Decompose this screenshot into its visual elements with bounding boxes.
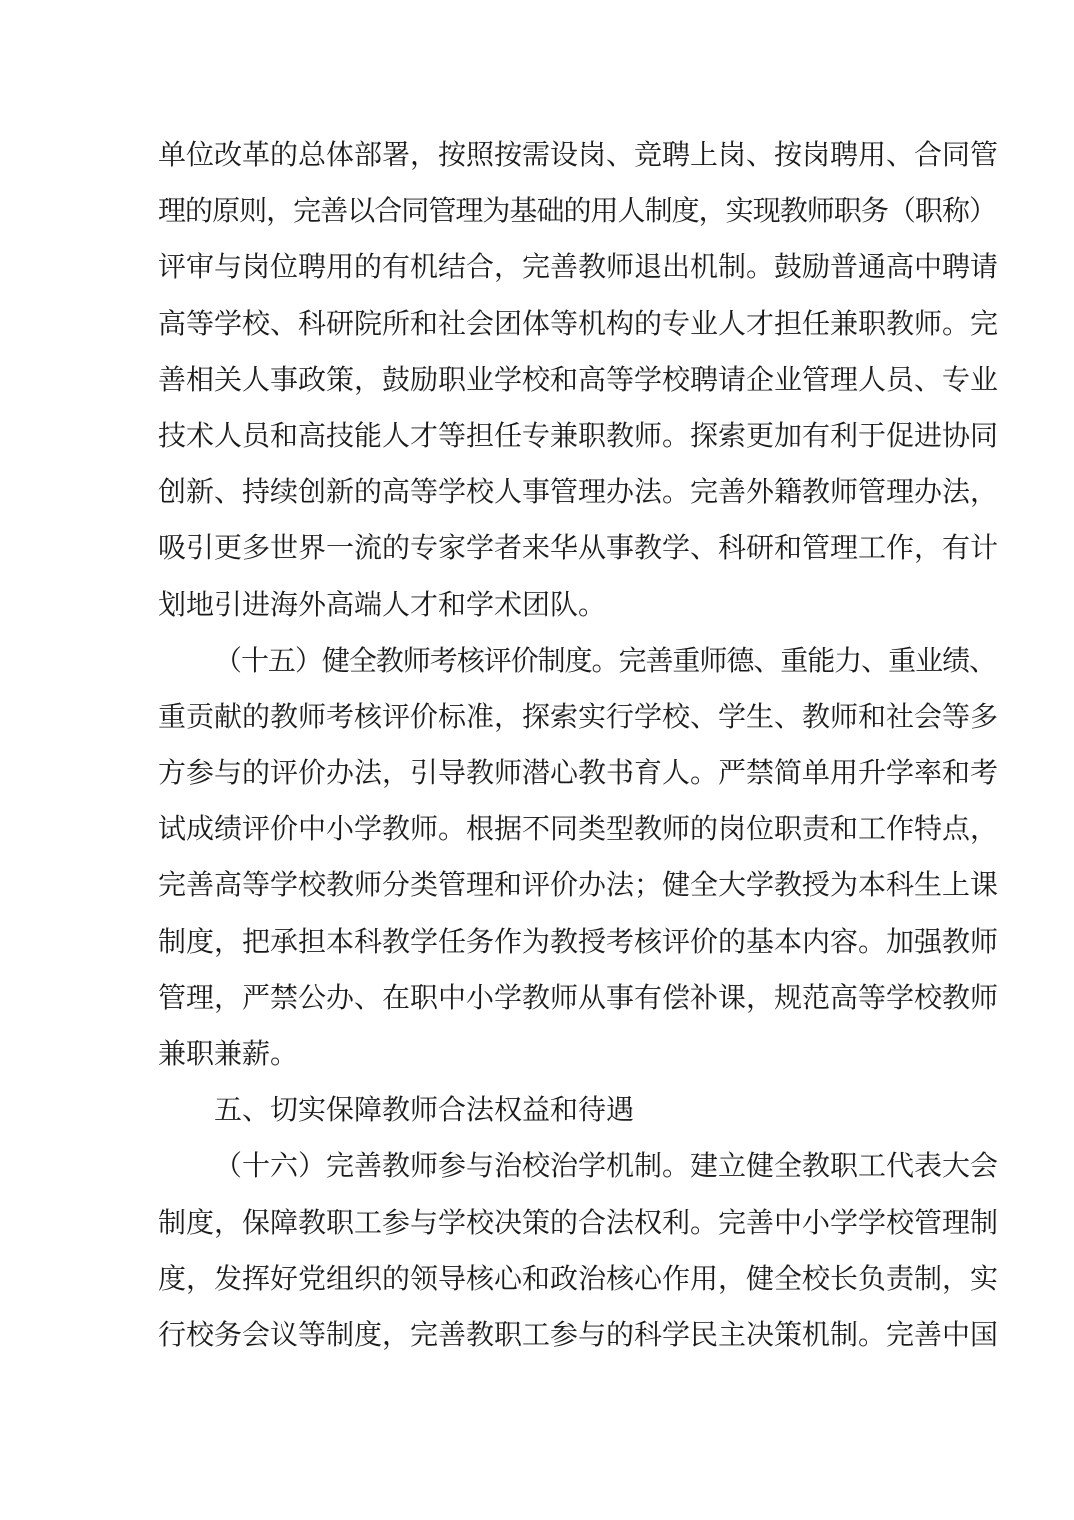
paragraph: 单位改革的总体部署，按照按需设岗、竞聘上岗、按岗聘用、合同管理的原则，完善以合同…	[158, 128, 998, 634]
text-line: 管理，严禁公办、在职中小学教师从事有偿补课，规范高等学校教师	[158, 971, 998, 1027]
text-line: 善相关人事政策，鼓励职业学校和高等学校聘请企业管理人员、专业	[158, 353, 998, 409]
text-line: 吸引更多世界一流的专家学者来华从事教学、科研和管理工作，有计	[158, 521, 998, 577]
document-page: 单位改革的总体部署，按照按需设岗、竞聘上岗、按岗聘用、合同管理的原则，完善以合同…	[0, 0, 1074, 1520]
paragraph: （十六）完善教师参与治校治学机制。建立健全教职工代表大会制度，保障教职工参与学校…	[158, 1139, 998, 1364]
text-line: 制度，保障教职工参与学校决策的合法权利。完善中小学学校管理制	[158, 1196, 998, 1252]
text-line: 试成绩评价中小学教师。根据不同类型教师的岗位职责和工作特点，	[158, 802, 998, 858]
text-line: 五、切实保障教师合法权益和待遇	[158, 1083, 998, 1139]
text-line: 创新、持续创新的高等学校人事管理办法。完善外籍教师管理办法，	[158, 465, 998, 521]
text-line: 重贡献的教师考核评价标准，探索实行学校、学生、教师和社会等多	[158, 690, 998, 746]
text-line: （十五）健全教师考核评价制度。完善重师德、重能力、重业绩、	[158, 634, 998, 690]
text-line: 方参与的评价办法，引导教师潜心教书育人。严禁简单用升学率和考	[158, 746, 998, 802]
text-line: 高等学校、科研院所和社会团体等机构的专业人才担任兼职教师。完	[158, 297, 998, 353]
section-heading: 五、切实保障教师合法权益和待遇	[158, 1083, 998, 1139]
text-line: 完善高等学校教师分类管理和评价办法；健全大学教授为本科生上课	[158, 858, 998, 914]
text-line: 理的原则，完善以合同管理为基础的用人制度，实现教师职务（职称）	[158, 184, 998, 240]
document-text-block: 单位改革的总体部署，按照按需设岗、竞聘上岗、按岗聘用、合同管理的原则，完善以合同…	[158, 128, 998, 1364]
paragraph: （十五）健全教师考核评价制度。完善重师德、重能力、重业绩、重贡献的教师考核评价标…	[158, 634, 998, 1084]
text-line: 兼职兼薪。	[158, 1027, 998, 1083]
text-line: 制度，把承担本科教学任务作为教授考核评价的基本内容。加强教师	[158, 915, 998, 971]
text-line: 行校务会议等制度，完善教职工参与的科学民主决策机制。完善中国	[158, 1308, 998, 1364]
text-line: 度，发挥好党组织的领导核心和政治核心作用，健全校长负责制，实	[158, 1252, 998, 1308]
text-line: 划地引进海外高端人才和学术团队。	[158, 578, 998, 634]
text-line: 技术人员和高技能人才等担任专兼职教师。探索更加有利于促进协同	[158, 409, 998, 465]
text-line: 评审与岗位聘用的有机结合，完善教师退出机制。鼓励普通高中聘请	[158, 240, 998, 296]
text-line: 单位改革的总体部署，按照按需设岗、竞聘上岗、按岗聘用、合同管	[158, 128, 998, 184]
text-line: （十六）完善教师参与治校治学机制。建立健全教职工代表大会	[158, 1139, 998, 1195]
